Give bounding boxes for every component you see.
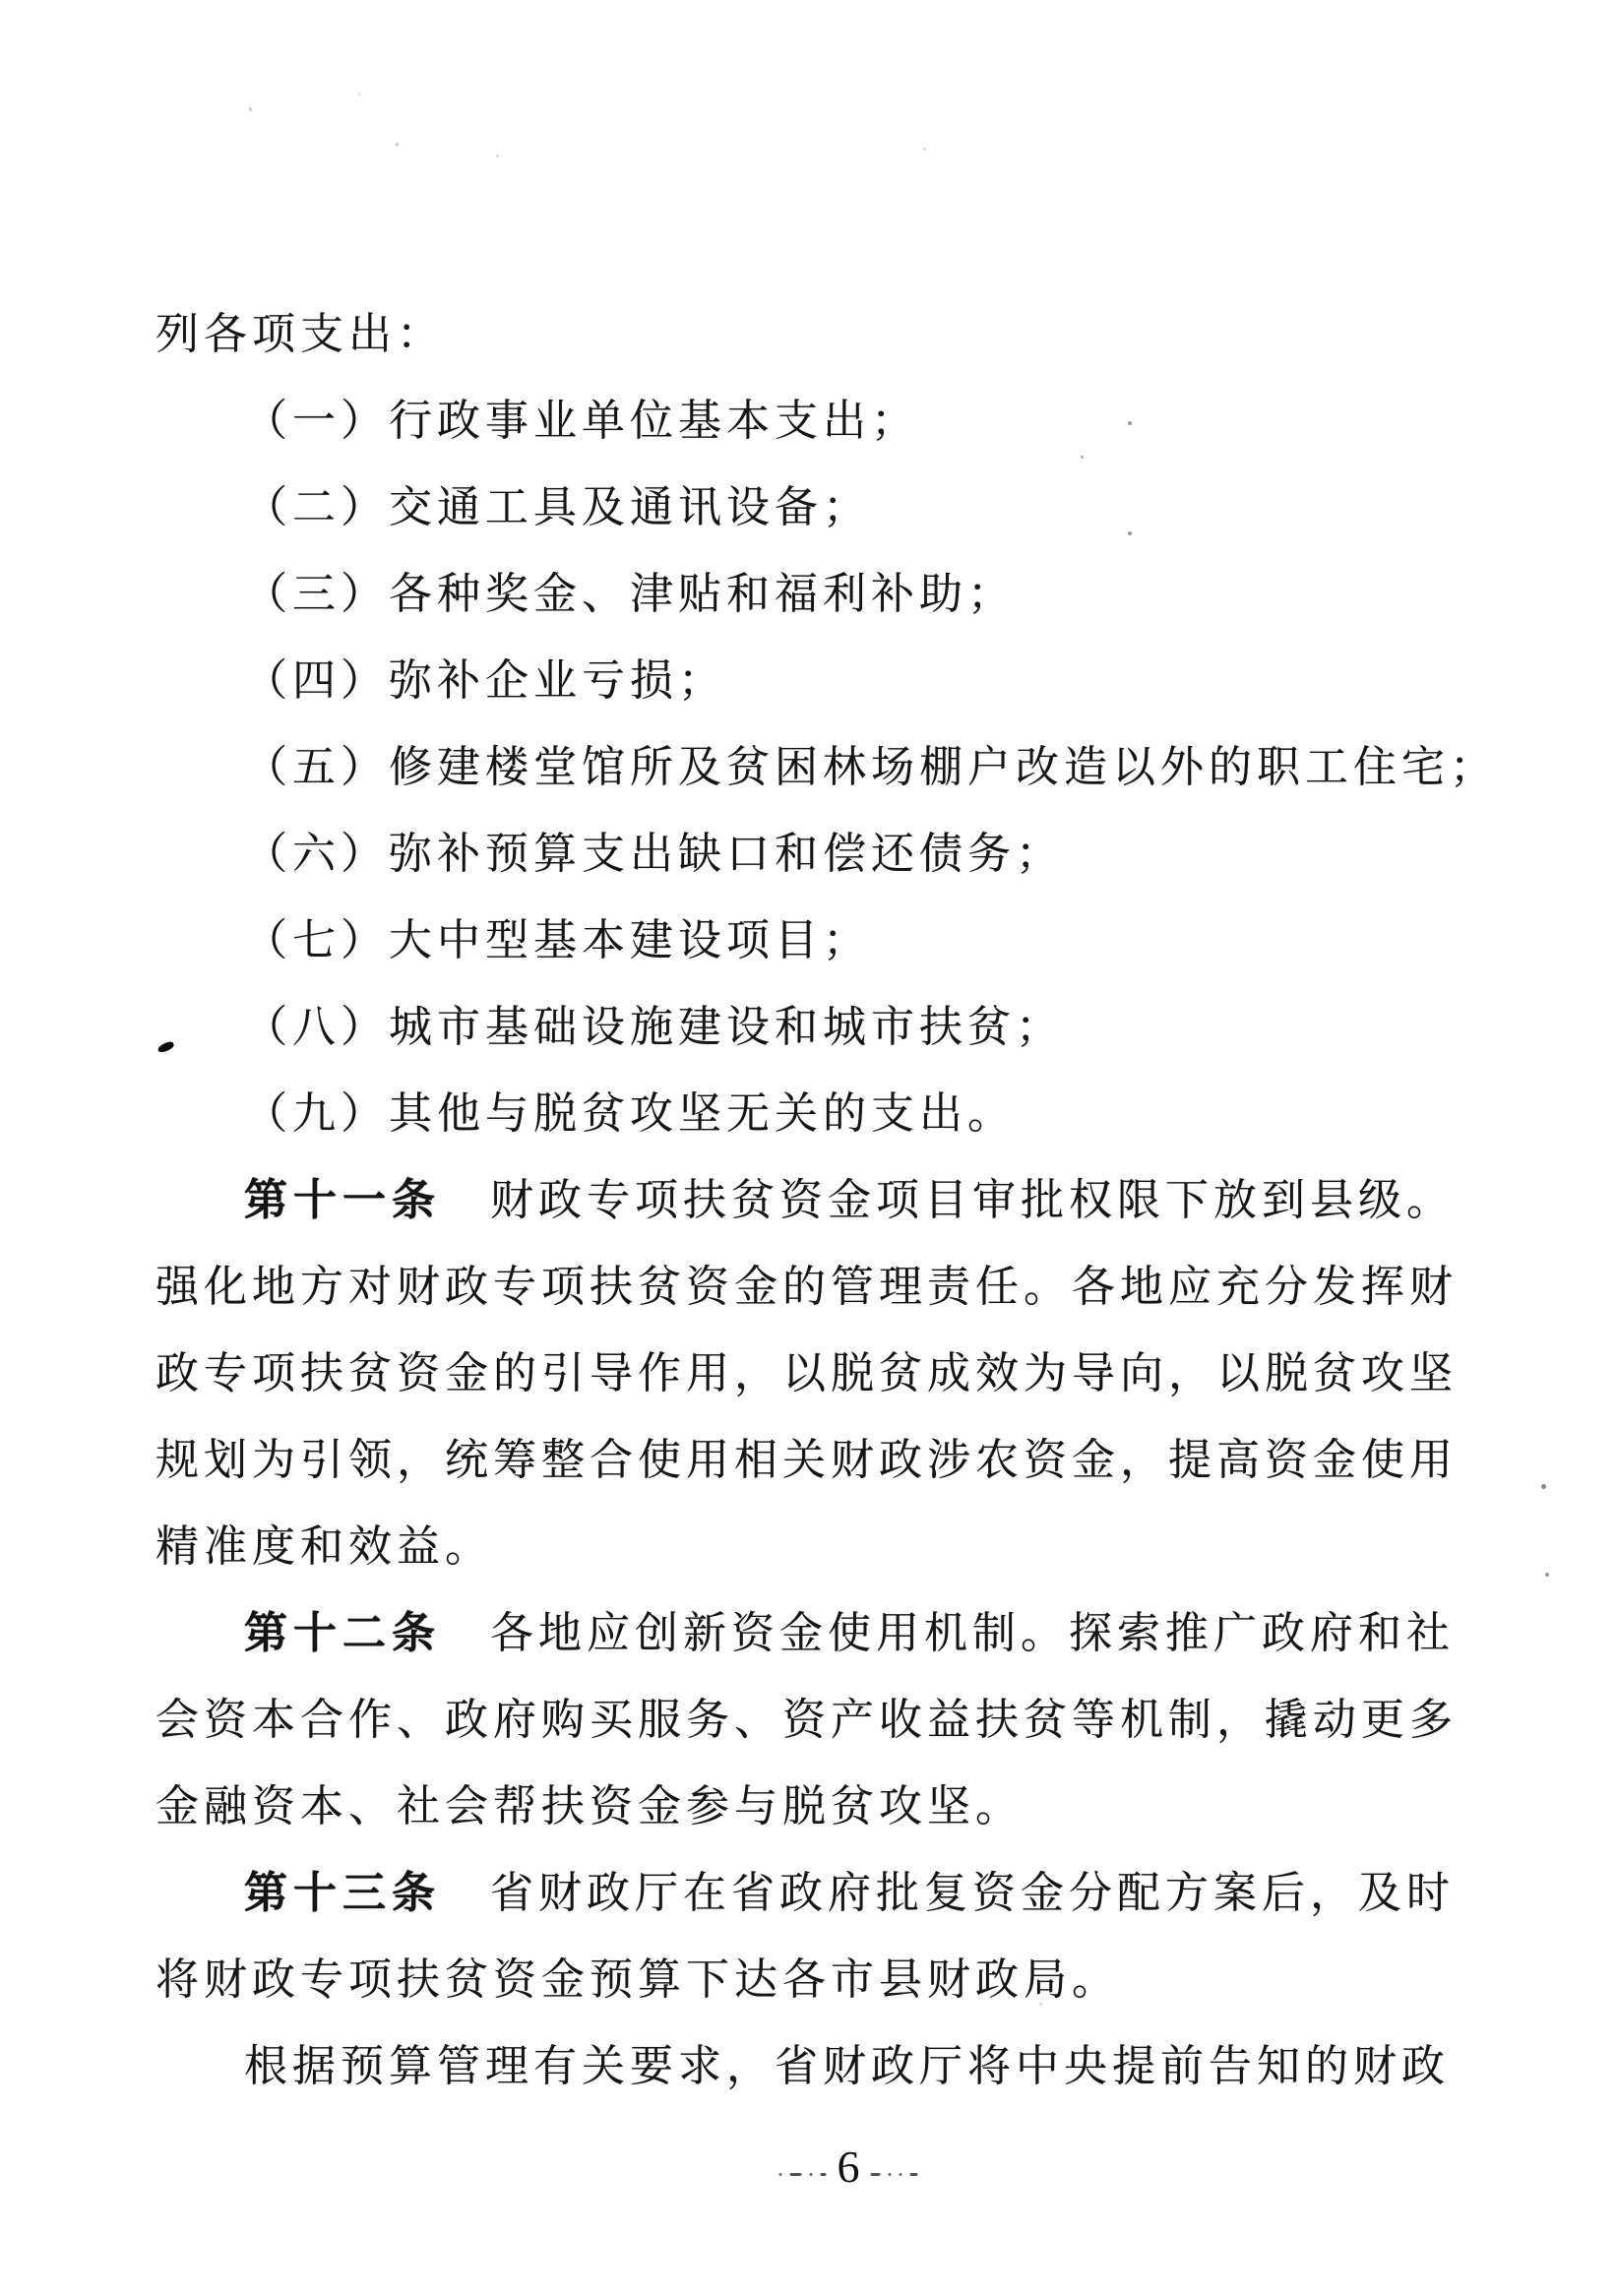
scan-noise-dot — [496, 155, 499, 157]
page-number-dash — [790, 2173, 802, 2176]
page-number-dash — [889, 2173, 892, 2176]
body-line: 规划为引领，统筹整合使用相关财政涉农资金，提高资金使用 — [155, 1417, 1474, 1504]
page-number-dash — [910, 2173, 918, 2176]
list-item-line: （八）城市基础设施建设和城市扶贫； — [155, 984, 1474, 1071]
scan-noise-dot — [1128, 421, 1132, 425]
article-number: 第十三条 — [244, 1869, 441, 1917]
scanned-document-page: 列各项支出： （一）行政事业单位基本支出； （二）交通工具及通讯设备； （三）各… — [0, 0, 1615, 2296]
article-line: 第十三条省财政厅在省政府批复资金分配方案后，及时 — [155, 1850, 1474, 1937]
scan-noise-dot — [249, 107, 252, 111]
list-item-line: （四）弥补企业亏损； — [155, 638, 1474, 724]
body-line: 根据预算管理有关要求，省财政厅将中央提前告知的财政 — [155, 2023, 1474, 2110]
scan-noise-dot — [1541, 1484, 1546, 1489]
list-item-line: （三）各种奖金、津贴和福利补助； — [155, 551, 1474, 638]
scan-noise-dot — [458, 2079, 461, 2082]
list-item-line: （九）其他与脱贫攻坚无关的支出。 — [155, 1071, 1474, 1157]
article-number: 第十一条 — [244, 1176, 441, 1224]
list-item-line: （二）交通工具及通讯设备； — [155, 465, 1474, 551]
list-item-line: （五）修建楼堂馆所及贫困林场棚户改造以外的职工住宅； — [155, 724, 1474, 811]
article-number: 第十二条 — [244, 1609, 441, 1657]
page-number-dash — [810, 2173, 813, 2176]
page-number-dash — [821, 2173, 827, 2176]
list-item-line: （七）大中型基本建设项目； — [155, 898, 1474, 984]
page-number-value: 6 — [835, 2144, 863, 2190]
list-item-line: （六）弥补预算支出缺口和偿还债务； — [155, 811, 1474, 898]
scan-noise-dot — [994, 1180, 997, 1183]
scan-noise-dot — [923, 148, 926, 151]
page-number-dash — [900, 2173, 902, 2176]
body-line: 列各项支出： — [155, 291, 1474, 378]
page-number-dash — [871, 2173, 881, 2176]
body-line: 强化地方对财政专项扶贫资金的管理责任。各地应充分发挥财 — [155, 1244, 1474, 1331]
page-number: 6 — [779, 2141, 918, 2193]
scan-noise-dot — [1081, 456, 1084, 459]
body-line: 将财政专项扶贫资金预算下达各市县财政局。 — [155, 1937, 1474, 2023]
scan-noise-dot — [396, 143, 399, 147]
article-line: 第十二条各地应创新资金使用机制。探索推广政府和社 — [155, 1590, 1474, 1677]
body-line: 会资本合作、政府购买服务、资产收益扶贫等机制，撬动更多 — [155, 1677, 1474, 1764]
scan-noise-dot — [1039, 2003, 1042, 2006]
document-body: 列各项支出： （一）行政事业单位基本支出； （二）交通工具及通讯设备； （三）各… — [155, 291, 1474, 2110]
article-text: 省财政厅在省政府批复资金分配方案后，及时 — [490, 1869, 1455, 1917]
scan-noise-dot — [358, 93, 360, 95]
scan-noise-dot — [164, 1374, 167, 1377]
scan-noise-dot — [1545, 1573, 1549, 1577]
body-line: 金融资本、社会帮扶资金参与脱贫攻坚。 — [155, 1764, 1474, 1850]
body-line: 精准度和效益。 — [155, 1504, 1474, 1590]
body-line: 政专项扶贫资金的引导作用，以脱贫成效为导向，以脱贫攻坚 — [155, 1331, 1474, 1417]
article-line: 第十一条财政专项扶贫资金项目审批权限下放到县级。 — [155, 1157, 1474, 1244]
scan-noise-dot — [1128, 531, 1132, 535]
article-text: 财政专项扶贫资金项目审批权限下放到县级。 — [490, 1176, 1455, 1224]
page-number-dash — [779, 2173, 782, 2176]
list-item-line: （一）行政事业单位基本支出； — [155, 378, 1474, 465]
article-text: 各地应创新资金使用机制。探索推广政府和社 — [490, 1609, 1455, 1657]
